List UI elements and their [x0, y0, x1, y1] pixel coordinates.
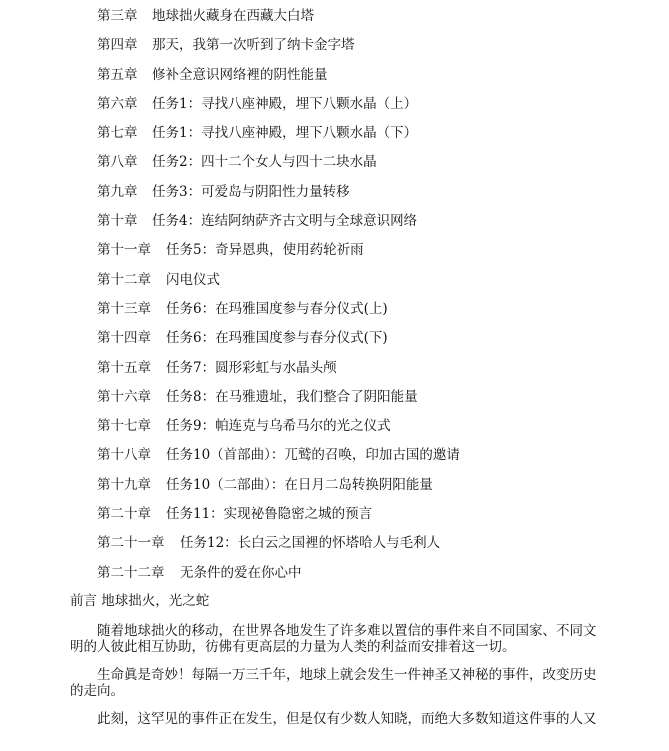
toc-entry[interactable]: 第十九章任务10（二部曲）：在日月二岛转换阴阳能量	[97, 475, 460, 504]
body-paragraph: 随着地球拙火的移动，在世界各地发生了许多难以置信的事件来自不同国家、不同文 明的…	[70, 623, 610, 655]
chapter-title: 任务5：奇异恩典，使用药轮祈雨	[166, 240, 364, 269]
chapter-title: 任务1：寻找八座神殿，埋下八颗水晶（下）	[152, 123, 417, 152]
toc-entry[interactable]: 第十四章任务6：在玛雅国度参与春分仪式(下)	[97, 328, 460, 357]
chapter-number: 第十一章	[97, 240, 166, 269]
chapter-title: 任务2：四十二个女人与四十二块水晶	[152, 152, 377, 181]
toc-entry[interactable]: 第十八章任务10（首部曲）：兀鹫的召唤，印加古国的邀请	[97, 445, 460, 474]
chapter-number: 第十章	[97, 211, 152, 240]
chapter-number: 第八章	[97, 152, 152, 181]
toc-entry[interactable]: 第八章任务2：四十二个女人与四十二块水晶	[97, 152, 460, 181]
chapter-number: 第二十一章	[97, 533, 180, 562]
chapter-title: 修补全意识网络裡的阴性能量	[152, 65, 328, 94]
toc-entry[interactable]: 第九章任务3：可爱岛与阴阳性力量转移	[97, 182, 460, 211]
paragraph-line: 明的人彼此相互协助，彷佛有更高层的力量为人类的利益而安排着这一切。	[70, 639, 610, 655]
body-paragraph: 生命眞是奇妙！每隔一万三千年，地球上就会发生一件神圣又神秘的事件，改变历史 的走…	[70, 667, 610, 699]
toc-entry[interactable]: 第十一章任务5：奇异恩典，使用药轮祈雨	[97, 240, 460, 269]
chapter-title: 任务3：可爱岛与阴阳性力量转移	[152, 182, 350, 211]
toc-entry[interactable]: 第三章地球拙火藏身在西藏大白塔	[97, 6, 460, 35]
toc-entry[interactable]: 第十七章任务9：帕连克与乌希马尔的光之仪式	[97, 416, 460, 445]
chapter-title: 任务4：连结阿纳萨齐古文明与全球意识网络	[152, 211, 417, 240]
chapter-number: 第六章	[97, 94, 152, 123]
paragraph-line: 生命眞是奇妙！每隔一万三千年，地球上就会发生一件神圣又神秘的事件，改变历史	[70, 667, 610, 683]
toc-entry[interactable]: 第十六章任务8：在马雅遗址，我们整合了阴阳能量	[97, 387, 460, 416]
toc-entry[interactable]: 第二十章任务11：实现祕鲁隐密之城的预言	[97, 504, 460, 533]
chapter-title: 任务12：长白云之国裡的怀塔哈人与毛利人	[180, 533, 440, 562]
chapter-number: 第七章	[97, 123, 152, 152]
chapter-title: 任务10（首部曲）：兀鹫的召唤，印加古国的邀请	[166, 445, 460, 474]
chapter-title: 任务6：在玛雅国度参与春分仪式(上)	[166, 299, 388, 328]
chapter-number: 第十五章	[97, 358, 166, 387]
toc-entry[interactable]: 第十三章任务6：在玛雅国度参与春分仪式(上)	[97, 299, 460, 328]
chapter-number: 第五章	[97, 65, 152, 94]
toc-entry[interactable]: 第四章那天，我第一次听到了纳卡金字塔	[97, 35, 460, 64]
paragraph-line: 此刻，这罕见的事件正在发生，但是仅有少数人知晓，而绝大多数知道这件事的人又	[70, 711, 610, 727]
chapter-number: 第二十二章	[97, 563, 180, 592]
chapter-title: 任务7：圆形彩虹与水晶头颅	[166, 358, 337, 387]
chapter-number: 第二十章	[97, 504, 166, 533]
preface-heading: 前言 地球拙火，光之蛇	[70, 591, 209, 611]
chapter-title: 任务11：实现祕鲁隐密之城的预言	[166, 504, 372, 533]
chapter-title: 无条件的爱在你心中	[180, 563, 302, 592]
chapter-title: 任务1：寻找八座神殿，埋下八颗水晶（上）	[152, 94, 417, 123]
chapter-number: 第九章	[97, 182, 152, 211]
body-paragraph: 此刻，这罕见的事件正在发生，但是仅有少数人知晓，而绝大多数知道这件事的人又	[70, 711, 610, 727]
paragraph-line: 的走向。	[70, 683, 610, 699]
chapter-number: 第十三章	[97, 299, 166, 328]
chapter-number: 第十二章	[97, 270, 166, 299]
toc-entry[interactable]: 第二十一章任务12：长白云之国裡的怀塔哈人与毛利人	[97, 533, 460, 562]
chapter-number: 第十九章	[97, 475, 166, 504]
toc-entry[interactable]: 第二十二章无条件的爱在你心中	[97, 563, 460, 592]
toc-entry[interactable]: 第五章修补全意识网络裡的阴性能量	[97, 65, 460, 94]
chapter-number: 第三章	[97, 6, 152, 35]
chapter-title: 地球拙火藏身在西藏大白塔	[152, 6, 314, 35]
toc-entry[interactable]: 第十章任务4：连结阿纳萨齐古文明与全球意识网络	[97, 211, 460, 240]
paragraph-line: 随着地球拙火的移动，在世界各地发生了许多难以置信的事件来自不同国家、不同文	[70, 623, 610, 639]
table-of-contents: 第三章地球拙火藏身在西藏大白塔 第四章那天，我第一次听到了纳卡金字塔 第五章修补…	[97, 6, 460, 592]
chapter-number: 第四章	[97, 35, 152, 64]
chapter-number: 第十七章	[97, 416, 166, 445]
chapter-title: 任务9：帕连克与乌希马尔的光之仪式	[166, 416, 391, 445]
chapter-number: 第十八章	[97, 445, 166, 474]
toc-entry[interactable]: 第六章任务1：寻找八座神殿，埋下八颗水晶（上）	[97, 94, 460, 123]
chapter-title: 任务6：在玛雅国度参与春分仪式(下)	[166, 328, 388, 357]
chapter-title: 任务10（二部曲）：在日月二岛转换阴阳能量	[166, 475, 433, 504]
chapter-title: 任务8：在马雅遗址，我们整合了阴阳能量	[166, 387, 418, 416]
toc-entry[interactable]: 第十五章任务7：圆形彩虹与水晶头颅	[97, 358, 460, 387]
toc-entry[interactable]: 第十二章闪电仪式	[97, 270, 460, 299]
chapter-number: 第十四章	[97, 328, 166, 357]
chapter-number: 第十六章	[97, 387, 166, 416]
toc-entry[interactable]: 第七章任务1：寻找八座神殿，埋下八颗水晶（下）	[97, 123, 460, 152]
chapter-title: 闪电仪式	[166, 270, 220, 299]
chapter-title: 那天，我第一次听到了纳卡金字塔	[152, 35, 355, 64]
